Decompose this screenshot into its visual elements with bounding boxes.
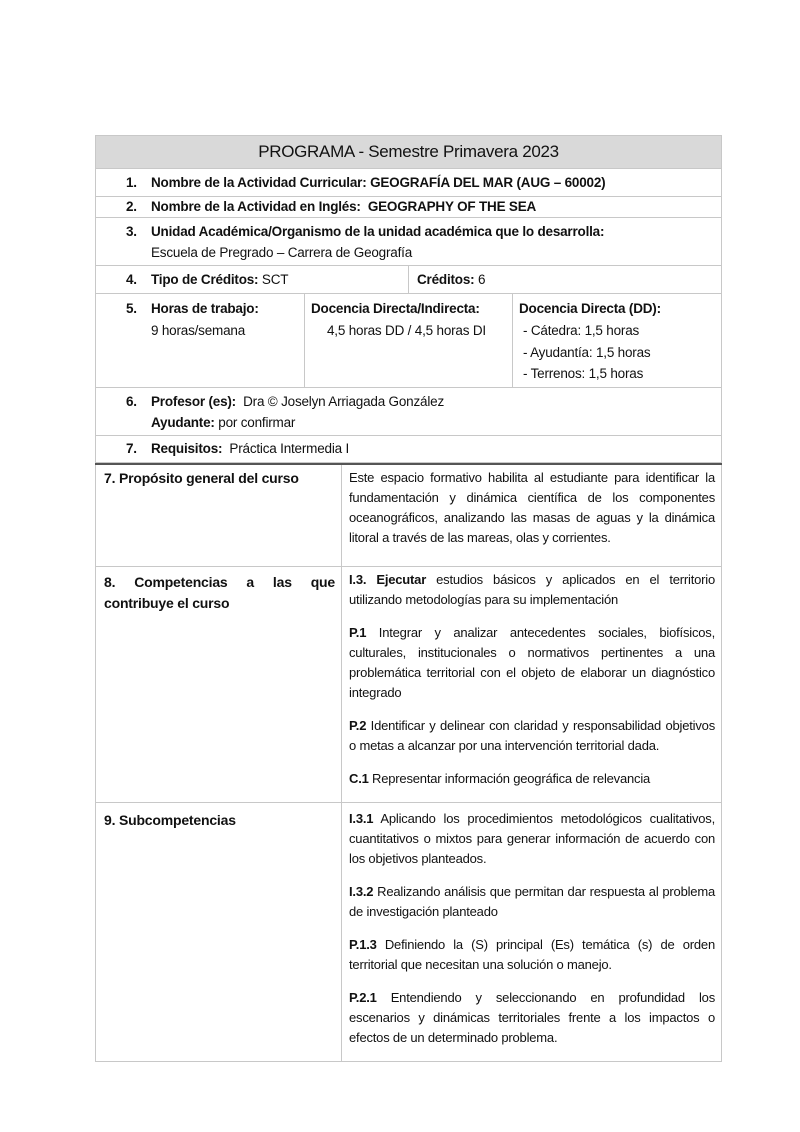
- subcompetency-entry: P.1.3 Definiendo la (S) principal (Es) t…: [349, 935, 715, 975]
- item-requirements: 7. Requisitos: Práctica Intermedia I: [96, 436, 722, 463]
- subcompetency-entry: P.2.1 Entendiendo y seleccionando en pro…: [349, 988, 715, 1048]
- english-name-label: Nombre de la Actividad en Inglés:: [151, 199, 361, 214]
- credit-type-label: Tipo de Créditos:: [151, 272, 258, 287]
- item-credits: Créditos: 6: [409, 266, 722, 294]
- competency-entry: I.3. Ejecutar estudios básicos y aplicad…: [349, 570, 715, 610]
- credits-value: 6: [478, 272, 485, 287]
- competency-entry: P.1 Integrar y analizar antecedentes soc…: [349, 623, 715, 703]
- item-work-hours: 5. Horas de trabajo: 9 horas/semana: [96, 294, 305, 388]
- credits-label: Créditos:: [417, 272, 474, 287]
- purpose-label: 7. Propósito general del curso: [96, 464, 342, 566]
- subcompetency-entry: I.3.2 Realizando análisis que permitan d…: [349, 882, 715, 922]
- item-activity-name: 1. Nombre de la Actividad Curricular: GE…: [96, 169, 722, 197]
- dd-item-terrenos: - Terrenos: 1,5 horas: [523, 363, 721, 385]
- work-hours-value: 9 horas/semana: [151, 320, 304, 342]
- item-academic-unit: 3. Unidad Académica/Organismo de la unid…: [96, 218, 722, 266]
- competency-entry: P.2 Identificar y delinear con claridad …: [349, 716, 715, 756]
- academic-unit-label: Unidad Académica/Organismo de la unidad …: [151, 221, 721, 242]
- dd-item-ayudantia: - Ayudantía: 1,5 horas: [523, 342, 721, 364]
- teaching-direct: Docencia Directa (DD): - Cátedra: 1,5 ho…: [513, 294, 722, 388]
- competency-entry: C.1 Representar información geográfica d…: [349, 769, 715, 789]
- professor-value: Dra © Joselyn Arriagada González: [243, 394, 444, 409]
- assistant-value: por confirmar: [218, 415, 295, 430]
- purpose-text: Este espacio formativo habilita al estud…: [342, 464, 722, 566]
- professor-label: Profesor (es):: [151, 394, 236, 409]
- subcompetencies-list: I.3.1 Aplicando los procedimientos metod…: [342, 802, 722, 1061]
- dd-item-catedra: - Cátedra: 1,5 horas: [523, 320, 721, 342]
- dd-di-label: Docencia Directa/Indirecta:: [311, 298, 512, 320]
- requirements-label: Requisitos:: [151, 441, 222, 456]
- credit-type-value: SCT: [262, 272, 288, 287]
- course-details-table: 7. Propósito general del curso Este espa…: [95, 463, 722, 1062]
- dd-label: Docencia Directa (DD):: [519, 298, 721, 320]
- item-english-name: 2. Nombre de la Actividad en Inglés: GEO…: [96, 197, 722, 218]
- work-hours-label: Horas de trabajo:: [151, 298, 304, 320]
- competencies-list: I.3. Ejecutar estudios básicos y aplicad…: [342, 566, 722, 802]
- requirements-value: Práctica Intermedia I: [229, 441, 349, 456]
- assistant-label: Ayudante:: [151, 415, 215, 430]
- item-credit-type: 4. Tipo de Créditos: SCT: [96, 266, 409, 294]
- academic-unit-value: Escuela de Pregrado – Carrera de Geograf…: [151, 242, 721, 263]
- item-professor: 6. Profesor (es): Dra © Joselyn Arriagad…: [96, 388, 722, 436]
- competencies-label: 8. Competencias a las que contribuye el …: [96, 566, 342, 802]
- activity-name-label: Nombre de la Actividad Curricular:: [151, 175, 367, 190]
- program-info-table: PROGRAMA - Semestre Primavera 2023 1. No…: [95, 135, 722, 463]
- activity-name-value: GEOGRAFÍA DEL MAR (AUG – 60002): [370, 175, 605, 190]
- dd-list: - Cátedra: 1,5 horas - Ayudantía: 1,5 ho…: [523, 320, 721, 385]
- course-program-document: PROGRAMA - Semestre Primavera 2023 1. No…: [95, 135, 721, 1062]
- teaching-direct-indirect: Docencia Directa/Indirecta: 4,5 horas DD…: [305, 294, 513, 388]
- subcompetency-entry: I.3.1 Aplicando los procedimientos metod…: [349, 809, 715, 869]
- dd-di-value: 4,5 horas DD / 4,5 horas DI: [311, 320, 512, 342]
- program-title: PROGRAMA - Semestre Primavera 2023: [96, 136, 722, 169]
- subcompetencies-label: 9. Subcompetencias: [96, 802, 342, 1061]
- english-name-value: GEOGRAPHY OF THE SEA: [368, 199, 536, 214]
